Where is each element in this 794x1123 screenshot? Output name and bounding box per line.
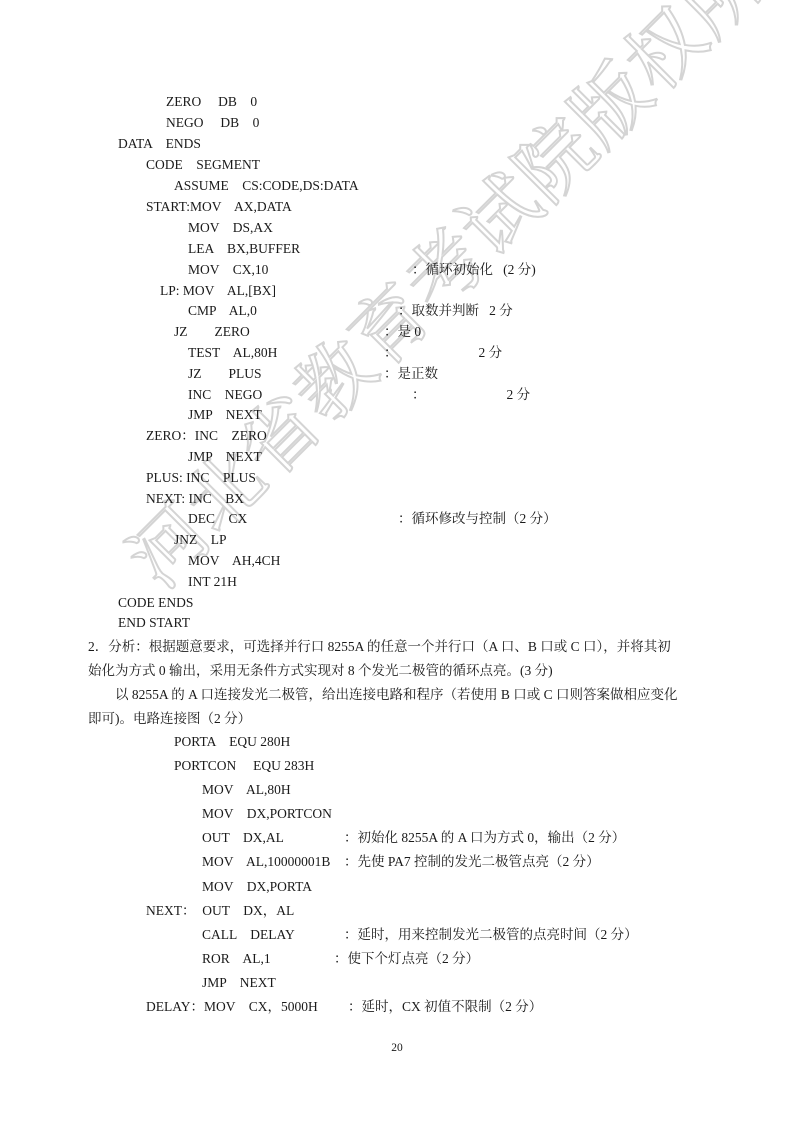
code-comment: ：初始化 8255A 的 A 口为方式 0，输出（2 分） [344, 829, 625, 847]
code-comment: ：是 0 [384, 323, 421, 341]
code-comment: ：延时，CX 初值不限制（2 分） [348, 998, 542, 1016]
code-line: OUT DX,AL [202, 829, 284, 847]
code-line: ROR AL,1 [202, 950, 271, 968]
code-line: PORTCON EQU 283H [174, 757, 314, 775]
code-line: NEGO DB 0 [166, 114, 259, 132]
code-line: DELAY：MOV CX，5000H [146, 998, 318, 1016]
code-line: MOV DX,PORTA [202, 878, 312, 896]
paragraph-line: 2．分析：根据题意要求，可选择并行口 8255A 的任意一个并行口（A 口、B … [88, 635, 708, 659]
code-line: JMP NEXT [188, 448, 262, 466]
code-line: CMP AL,0 [188, 302, 257, 320]
code-line: LP: MOV AL,[BX] [160, 282, 276, 300]
code-line: JZ ZERO [174, 323, 250, 341]
code-line: ZERO：INC ZERO [146, 427, 267, 445]
code-comment: ： 2 分 [412, 386, 530, 404]
code-comment: ：使下个灯点亮（2 分） [334, 950, 479, 968]
code-line: MOV DS,AX [188, 219, 273, 237]
code-line: JMP NEXT [202, 974, 276, 992]
paragraph-line: 以 8255A 的 A 口连接发光二极管，给出连接电路和程序（若使用 B 口或 … [115, 683, 735, 707]
code-line: PLUS: INC PLUS [146, 469, 256, 487]
code-comment: ：延时，用来控制发光二极管的点亮时间（2 分） [344, 926, 638, 944]
paragraph-line: 即可)。电路连接图（2 分） [88, 707, 708, 731]
code-line: ASSUME CS:CODE,DS:DATA [174, 177, 359, 195]
code-line: MOV AH,4CH [188, 552, 280, 570]
document-page: 河北省教育考试院版权所有 ZERO DB 0NEGO DB 0DATA ENDS… [0, 0, 794, 1123]
code-line: START:MOV AX,DATA [146, 198, 292, 216]
code-line: JNZ LP [174, 531, 227, 549]
page-number: 20 [0, 1042, 794, 1054]
code-line: MOV CX,10 [188, 261, 268, 279]
code-comment: ： 2 分 [384, 344, 502, 362]
code-comment: ：取数并判断 2 分 [398, 302, 513, 320]
code-line: DATA ENDS [118, 135, 201, 153]
code-line: PORTA EQU 280H [174, 733, 290, 751]
code-line: CODE ENDS [118, 594, 193, 612]
code-comment: ：先使 PA7 控制的发光二极管点亮（2 分） [344, 853, 600, 871]
code-line: MOV AL,10000001B [202, 853, 330, 871]
code-line: MOV AL,80H [202, 781, 291, 799]
code-line: JZ PLUS [188, 365, 262, 383]
code-line: NEXT: INC BX [146, 490, 244, 508]
code-line: ZERO DB 0 [166, 93, 257, 111]
code-line: END START [118, 614, 190, 632]
code-line: MOV DX,PORTCON [202, 805, 332, 823]
paragraph-line: 始化为方式 0 输出，采用无条件方式实现对 8 个发光二极管的循环点亮。(3 分… [88, 659, 708, 683]
code-line: NEXT： OUT DX，AL [146, 902, 294, 920]
code-line: JMP NEXT [188, 406, 262, 424]
code-comment: ：是正数 [384, 365, 438, 383]
code-line: CODE SEGMENT [146, 156, 260, 174]
code-line: LEA BX,BUFFER [188, 240, 300, 258]
code-line: INC NEGO [188, 386, 262, 404]
code-comment: ：循环初始化 (2 分) [412, 261, 536, 279]
code-line: INT 21H [188, 573, 237, 591]
code-line: CALL DELAY [202, 926, 295, 944]
code-line: DEC CX [188, 510, 247, 528]
code-line: TEST AL,80H [188, 344, 277, 362]
code-comment: ：循环修改与控制（2 分） [398, 510, 557, 528]
